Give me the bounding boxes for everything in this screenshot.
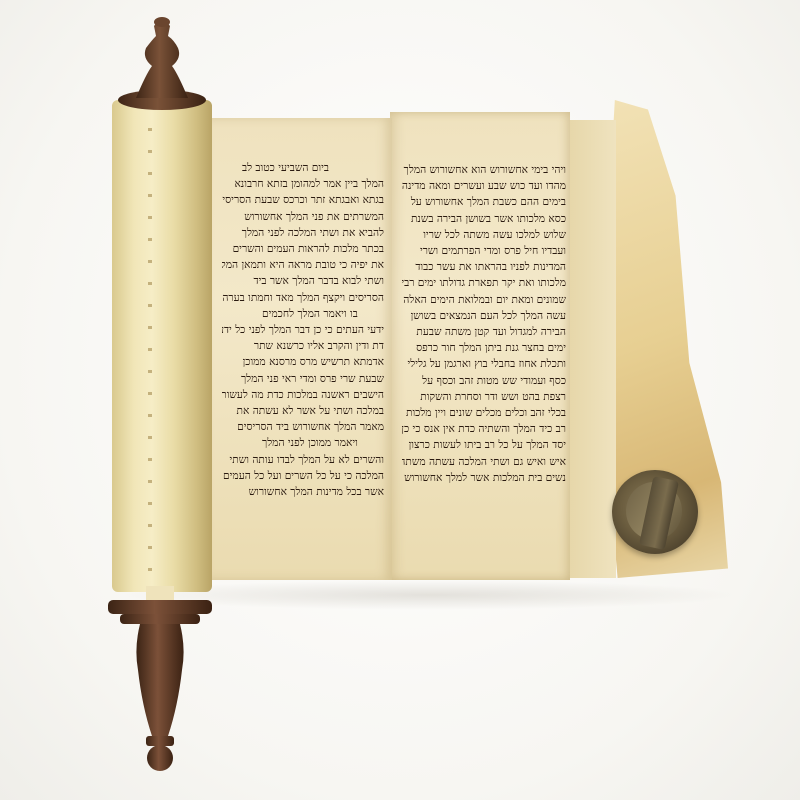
text-line: הישבים ראשנה במלכות כדת מה לעשות (222, 387, 384, 403)
text-line: עשה המלך לכל העם הנמצאים בשושן (402, 308, 566, 324)
text-line: בגתא ואבגתא זתר וכרכס שבעת הסריסים (222, 192, 384, 208)
text-line: כסף ועמודי שש מטות זהב וכסף על (402, 373, 566, 389)
text-line: המלכה כי על כל השרים ועל כל העמים (222, 468, 384, 484)
text-line: שבעת שרי פרס ומדי ראי פני המלך (222, 371, 384, 387)
text-line: נשים בית המלכות אשר למלך אחשורוש (402, 470, 566, 486)
text-line: ידעי העתים כי כן דבר המלך לפני כל ידעי (222, 322, 384, 338)
text-line: ויאמר ממוכן לפני המלך (222, 435, 384, 451)
text-line: הבירה למגדול ועד קטן משתה שבעת (402, 324, 566, 340)
text-line: את יפיה כי טובת מראה היא ותמאן המלכה (222, 257, 384, 273)
text-line: הסריסים ויקצף המלך מאד וחמתו בערה (222, 290, 384, 306)
text-line: איש ואיש גם ושתי המלכה עשתה משתה (402, 454, 566, 470)
text-line: שמונים ומאת יום ובמלואת הימים האלה (402, 292, 566, 308)
text-line: מלכותו ואת יקר תפארת גדולתו ימים רבים (402, 275, 566, 291)
text-line: המדינות לפניו בהראתו את עשר כבוד (402, 259, 566, 275)
text-line: בו ויאמר המלך לחכמים (222, 306, 384, 322)
text-line: המלך ביין אמר למהומן בזתא חרבונא (222, 176, 384, 192)
text-line: מהדו ועד כוש שבע ועשרים ומאה מדינה (402, 178, 566, 194)
text-column-left: ביום השביעי כטוב לב המלך ביין אמר למהומן… (222, 160, 384, 500)
text-line: כסא מלכותו אשר בשושן הבירה בשנת (402, 211, 566, 227)
text-line: להביא את ושתי המלכה לפני המלך (222, 225, 384, 241)
text-line: במלכה ושתי על אשר לא עשתה את (222, 403, 384, 419)
text-line: ימים בחצר גנת ביתן המלך חור כרפס (402, 340, 566, 356)
rolled-parchment (112, 100, 212, 592)
text-line: דת ודין והקרב אליו כרשנא שתר (222, 338, 384, 354)
text-line: ביום השביעי כטוב לב (222, 160, 384, 176)
wooden-finial-top-icon (116, 14, 208, 114)
text-line: מאמר המלך אחשורוש ביד הסריסים (222, 419, 384, 435)
text-line: אדמתא תרשיש מרס מרסנא ממוכן (222, 354, 384, 370)
text-line: בימים ההם כשבת המלך אחשורוש על (402, 194, 566, 210)
text-line: ויהי בימי אחשורוש הוא אחשורוש המלך (402, 162, 566, 178)
text-line: ושתי לבוא בדבר המלך אשר ביד (222, 273, 384, 289)
parchment-blank-sheet (566, 120, 616, 578)
text-line: והשרים לא על המלך לבדו עותה ושתי (222, 452, 384, 468)
text-line: יסד המלך על כל רב ביתו לעשות כרצון (402, 437, 566, 453)
text-line: רצפת בהט ושש ודר וסחרת והשקות (402, 389, 566, 405)
wooden-finial-bottom-icon (106, 586, 214, 776)
text-line: רב כיד המלך והשתיה כדת אין אנס כי כן (402, 421, 566, 437)
text-line: המשרתים את פני המלך אחשורוש (222, 209, 384, 225)
text-line: בכתר מלכות להראות העמים והשרים (222, 241, 384, 257)
text-line: שלוש למלכו עשה משתה לכל שריו (402, 227, 566, 243)
text-line: ועבדיו חיל פרס ומדי הפרתמים ושרי (402, 243, 566, 259)
text-line: ותכלת אחוז בחבלי בוץ וארגמן על גלילי (402, 356, 566, 372)
text-column-right: ויהי בימי אחשורוש הוא אחשורוש המלך מהדו … (402, 162, 566, 486)
metal-seal-icon (612, 470, 698, 554)
text-line: בכלי זהב וכלים מכלים שונים ויין מלכות (402, 405, 566, 421)
text-line: אשר בכל מדינות המלך אחשורוש (222, 484, 384, 500)
